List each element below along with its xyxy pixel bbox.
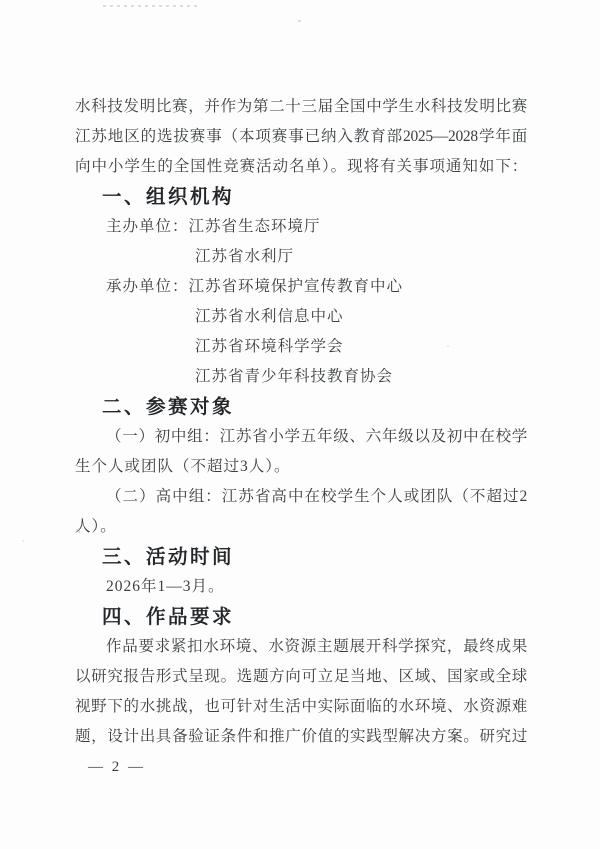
- scan-artifact: [103, 5, 199, 7]
- document-content: 水科技发明比赛，并作为第二十三届全国中学生水科技发明比赛 江苏地区的选拔赛事（本…: [75, 92, 527, 782]
- section-3-heading: 三、活动时间: [75, 542, 527, 572]
- scan-artifact: [22, 540, 24, 542]
- senior-group-line: 人）。: [75, 512, 527, 542]
- senior-group-line: （二）高中组：江苏省高中在校学生个人或团队（不超过2: [75, 482, 527, 512]
- activity-time-line: 2026年1—3月。: [75, 572, 527, 602]
- organizer-unit-line: 江苏省环境科学学会: [75, 332, 527, 362]
- organizer-unit-line: 承办单位：江苏省环境保护宣传教育中心: [75, 272, 527, 302]
- organizer-unit-line: 江苏省青少年科技教育协会: [75, 362, 527, 392]
- document-page: 水科技发明比赛，并作为第二十三届全国中学生水科技发明比赛 江苏地区的选拔赛事（本…: [0, 0, 600, 849]
- section-2-heading: 二、参赛对象: [75, 392, 527, 422]
- intro-line: 向中小学生的全国性竞赛活动名单）。现将有关事项通知如下：: [75, 152, 527, 182]
- page-number: — 2 —: [75, 752, 527, 782]
- section-1-heading: 一、组织机构: [75, 182, 527, 212]
- organizer-unit-line: 江苏省水利信息中心: [75, 302, 527, 332]
- junior-group-line: （一）初中组：江苏省小学五年级、六年级以及初中在校学: [75, 422, 527, 452]
- host-unit-line: 江苏省水利厅: [75, 242, 527, 272]
- section-4-heading: 四、作品要求: [75, 602, 527, 632]
- requirements-line: 以研究报告形式呈现。选题方向可立足当地、区域、国家或全球: [75, 662, 527, 692]
- requirements-line: 题，设计出具备验证条件和推广价值的实践型解决方案。研究过: [75, 722, 527, 752]
- intro-line: 水科技发明比赛，并作为第二十三届全国中学生水科技发明比赛: [75, 92, 527, 122]
- intro-line: 江苏地区的选拔赛事（本项赛事已纳入教育部2025—2028学年面: [75, 122, 527, 152]
- host-unit-line: 主办单位：江苏省生态环境厅: [75, 212, 527, 242]
- requirements-line: 作品要求紧扣水环境、水资源主题展开科学探究，最终成果: [75, 632, 527, 662]
- scan-artifact: [298, 20, 301, 22]
- junior-group-line: 生个人或团队（不超过3人）。: [75, 452, 527, 482]
- requirements-line: 视野下的水挑战，也可针对生活中实际面临的水环境、水资源难: [75, 692, 527, 722]
